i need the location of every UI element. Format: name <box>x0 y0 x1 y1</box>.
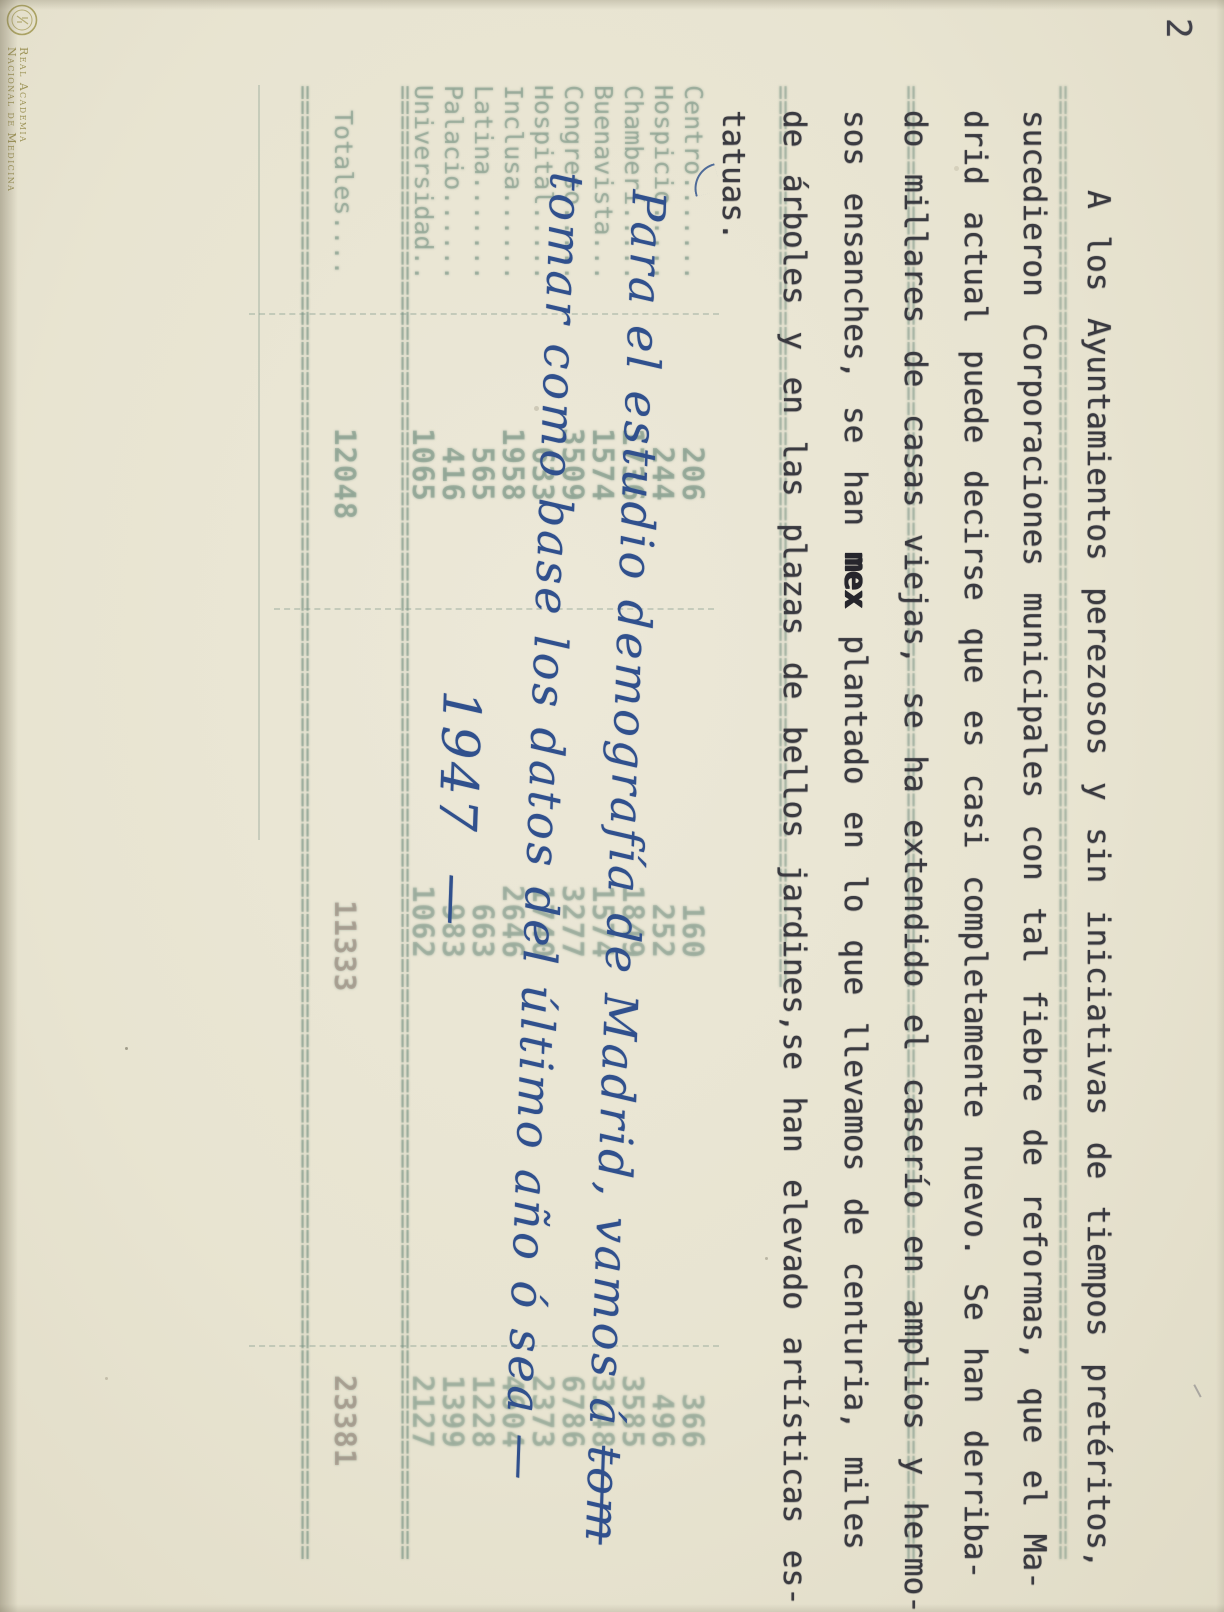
paper-specks <box>125 1047 128 1050</box>
bleed-totals-label: Totales.... <box>328 110 358 276</box>
watermark-line-2: Nacional de Medicina <box>5 47 18 192</box>
bleed-column-3: 366 496 3585 3148 6786 2373 4604 1228 13… <box>408 1375 708 1449</box>
typed-line-5-pre: sos ensanches, se han <box>837 110 873 553</box>
academy-seal-icon <box>6 4 38 36</box>
scanned-document-page: { "page_number": "2", "watermark": { "li… <box>0 0 1224 1612</box>
rotated-page-content: ========================================… <box>0 0 1224 1612</box>
pencil-mark <box>1193 1380 1208 1397</box>
watermark-line-1: Real Academia <box>17 47 30 143</box>
page-number: 2 <box>1158 18 1198 38</box>
bleed-column-rule-3 <box>249 1345 719 1347</box>
bleed-equals-above-totals: ========================================… <box>390 85 420 1560</box>
bleed-bottom-rule <box>258 85 260 840</box>
handwritten-line-2: tomar como base los datos del último año… <box>494 171 594 1484</box>
handwritten-line-1-main: Para el estudio demografía de Madrid, va… <box>578 189 676 1447</box>
typed-overstrike-word: mex <box>837 553 873 609</box>
bleed-equals-below-totals: ========================================… <box>290 85 320 1560</box>
handwritten-line-1: Para el estudio demografía de Madrid, va… <box>575 189 676 1545</box>
typed-line-7: tatuas. <box>715 110 751 241</box>
typed-line-5-post: plantado en lo que llevamos de centuria,… <box>837 609 873 1550</box>
bleed-total-1: 12048 <box>330 428 360 520</box>
typed-line-1: A los Ayuntamientos perezosos y sin inic… <box>1080 190 1116 1568</box>
typed-line-6: de árboles y en las plazas de bellos jar… <box>776 110 812 1606</box>
typed-line-4: do millares de casas viejas, se ha exten… <box>897 110 933 1612</box>
bleed-total-3: 23381 <box>330 1375 360 1467</box>
bleed-equals-row-1: ========================================… <box>1048 85 1078 1560</box>
bleed-total-2: 11333 <box>330 900 360 992</box>
handwritten-year: 1947 — <box>423 689 491 929</box>
typed-line-2: sucedieron Corporaciones municipales con… <box>1016 110 1052 1590</box>
typed-line-5: sos ensanches, se han mex plantado en lo… <box>837 110 873 1550</box>
handwritten-crossed-out-word: tom <box>575 1445 632 1546</box>
typed-line-3: drid actual puede decirse que es casi co… <box>957 110 993 1579</box>
